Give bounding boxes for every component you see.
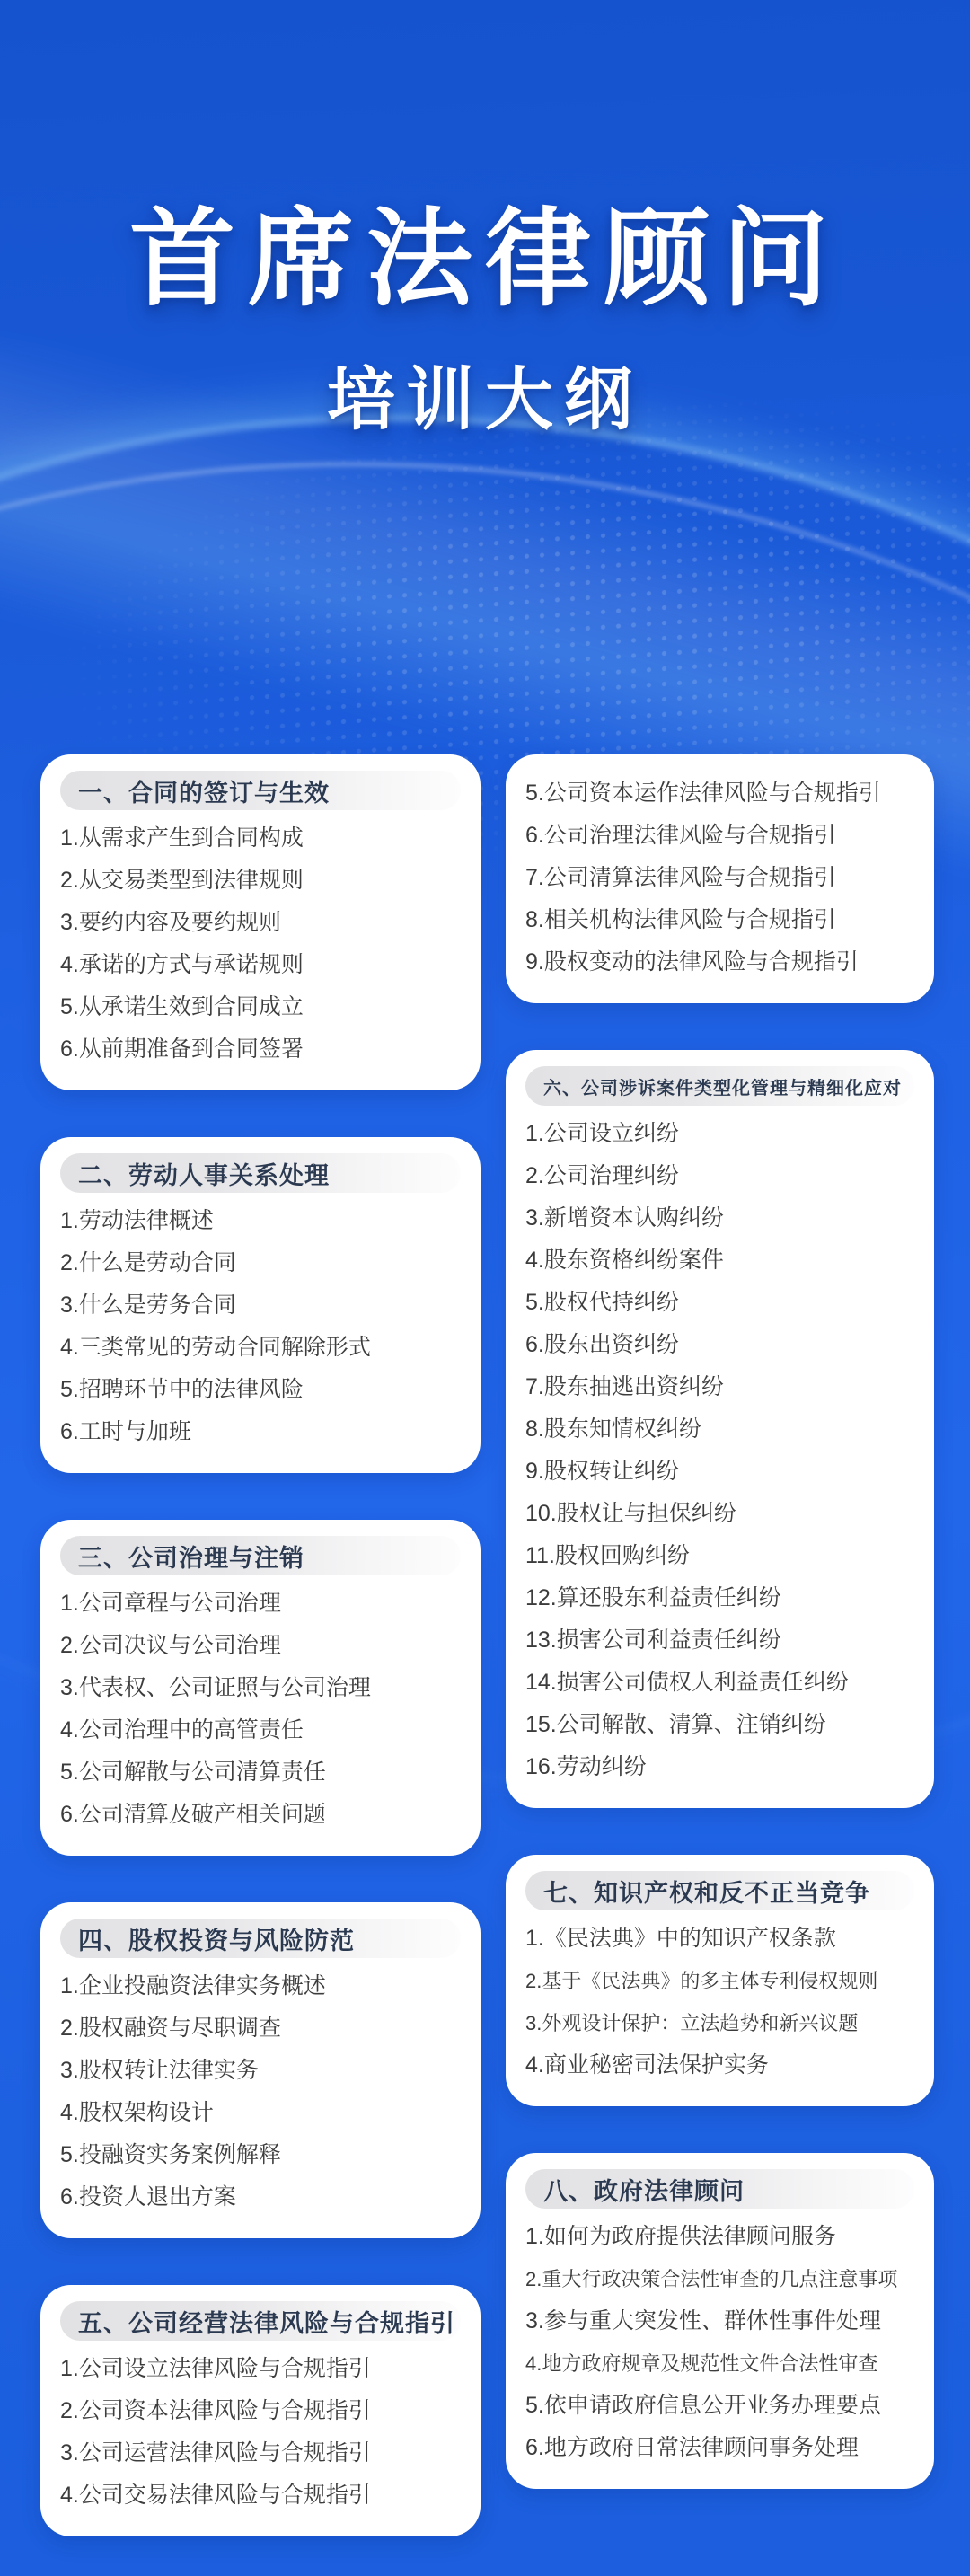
- page-subtitle: 培训大纲: [0, 345, 970, 443]
- list-item: 2.从交易类型到法律规则: [60, 860, 461, 902]
- list-item: 3.什么是劳务合同: [60, 1284, 461, 1327]
- section-heading-pill: 八、政府法律顾问: [525, 2169, 914, 2209]
- list-item: 3.代表权、公司证照与公司治理: [60, 1667, 461, 1709]
- card-right-1: 5.公司资本运作法律风险与合规指引6.公司治理法律风险与合规指引7.公司清算法律…: [506, 754, 934, 1003]
- section-heading: 二、劳动人事关系处理: [78, 1156, 330, 1191]
- card-right-3: 七、知识产权和反不正当竞争 1.《民法典》中的知识产权条款2.基于《民法典》的多…: [506, 1855, 934, 2106]
- list-item: 2.股权融资与尽职调查: [60, 2007, 461, 2050]
- section-item-list: 5.公司资本运作法律风险与合规指引6.公司治理法律风险与合规指引7.公司清算法律…: [525, 772, 914, 984]
- column-right: 5.公司资本运作法律风险与合规指引6.公司治理法律风险与合规指引7.公司清算法律…: [506, 754, 934, 2489]
- list-item: 3.公司运营法律风险与合规指引: [60, 2432, 461, 2475]
- section-heading: 四、股权投资与风险防范: [78, 1921, 355, 1956]
- list-item: 5.投融资实务案例解释: [60, 2134, 461, 2176]
- list-item: 11.股权回购纠纷: [525, 1535, 914, 1577]
- list-item: 2.基于《民法典》的多主体专利侵权规则: [525, 1960, 914, 2002]
- list-item: 6.地方政府日常法律顾问事务处理: [525, 2427, 914, 2469]
- list-item: 12.算还股东利益责任纠纷: [525, 1577, 914, 1619]
- list-item: 1.劳动法律概述: [60, 1200, 461, 1242]
- list-item: 3.新增资本认购纠纷: [525, 1197, 914, 1239]
- page-title: 首席法律顾问: [0, 199, 970, 322]
- list-item: 7.公司清算法律风险与合规指引: [525, 857, 914, 899]
- list-item: 5.依申请政府信息公开业务办理要点: [525, 2385, 914, 2427]
- list-item: 1.如何为政府提供法律顾问服务: [525, 2216, 914, 2258]
- list-item: 3.要约内容及要约规则: [60, 902, 461, 944]
- list-item: 7.股东抽逃出资纠纷: [525, 1366, 914, 1408]
- list-item: 1.从需求产生到合同构成: [60, 817, 461, 860]
- list-item: 6.从前期准备到合同签署: [60, 1028, 461, 1071]
- section-heading-pill: 五、公司经营法律风险与合规指引: [60, 2301, 461, 2341]
- list-item: 2.公司资本法律风险与合规指引: [60, 2390, 461, 2432]
- list-item: 4.三类常见的劳动合同解除形式: [60, 1327, 461, 1369]
- list-item: 2.公司治理纠纷: [525, 1155, 914, 1197]
- card-left-2: 二、劳动人事关系处理 1.劳动法律概述2.什么是劳动合同3.什么是劳务合同4.三…: [40, 1137, 481, 1473]
- list-item: 4.公司治理中的高管责任: [60, 1709, 461, 1751]
- section-heading: 七、知识产权和反不正当竞争: [543, 1874, 870, 1909]
- section-heading-pill: 四、股权投资与风险防范: [60, 1919, 461, 1958]
- list-item: 4.股东资格纠纷案件: [525, 1239, 914, 1282]
- section-heading: 三、公司治理与注销: [78, 1539, 304, 1574]
- card-left-5: 五、公司经营法律风险与合规指引 1.公司设立法律风险与合规指引2.公司资本法律风…: [40, 2285, 481, 2536]
- section-heading-pill: 一、合同的签订与生效: [60, 771, 461, 810]
- section-heading: 六、公司涉诉案件类型化管理与精细化应对: [543, 1073, 902, 1099]
- list-item: 8.股东知情权纠纷: [525, 1408, 914, 1451]
- list-item: 5.股权代持纠纷: [525, 1282, 914, 1324]
- list-item: 6.工时与加班: [60, 1411, 461, 1453]
- section-item-list: 1.公司章程与公司治理2.公司决议与公司治理3.代表权、公司证照与公司治理4.公…: [60, 1583, 461, 1836]
- list-item: 9.股权转让纠纷: [525, 1451, 914, 1493]
- list-item: 2.什么是劳动合同: [60, 1242, 461, 1284]
- section-item-list: 1.公司设立法律风险与合规指引2.公司资本法律风险与合规指引3.公司运营法律风险…: [60, 2348, 461, 2517]
- card-columns: 一、合同的签订与生效 1.从需求产生到合同构成2.从交易类型到法律规则3.要约内…: [40, 754, 934, 2536]
- list-item: 2.公司决议与公司治理: [60, 1625, 461, 1667]
- list-item: 6.公司治理法律风险与合规指引: [525, 815, 914, 857]
- list-item: 4.地方政府规章及规范性文件合法性审查: [525, 2342, 914, 2385]
- list-item: 2.重大行政决策合法性审查的几点注意事项: [525, 2258, 914, 2300]
- section-heading: 八、政府法律顾问: [543, 2172, 745, 2207]
- section-item-list: 1.企业投融资法律实务概述2.股权融资与尽职调查3.股权转让法律实务4.股权架构…: [60, 1965, 461, 2219]
- list-item: 1.公司章程与公司治理: [60, 1583, 461, 1625]
- section-heading-pill: 三、公司治理与注销: [60, 1536, 461, 1575]
- card-right-2: 六、公司涉诉案件类型化管理与精细化应对 1.公司设立纠纷2.公司治理纠纷3.新增…: [506, 1050, 934, 1808]
- card-right-4: 八、政府法律顾问 1.如何为政府提供法律顾问服务2.重大行政决策合法性审查的几点…: [506, 2153, 934, 2489]
- list-item: 3.参与重大突发性、群体性事件处理: [525, 2300, 914, 2342]
- list-item: 9.股权变动的法律风险与合规指引: [525, 941, 914, 984]
- list-item: 13.损害公司利益责任纠纷: [525, 1619, 914, 1662]
- list-item: 5.公司资本运作法律风险与合规指引: [525, 772, 914, 815]
- list-item: 1.公司设立法律风险与合规指引: [60, 2348, 461, 2390]
- list-item: 4.股权架构设计: [60, 2092, 461, 2134]
- section-heading: 一、合同的签订与生效: [78, 773, 330, 808]
- section-item-list: 1.公司设立纠纷2.公司治理纠纷3.新增资本认购纠纷4.股东资格纠纷案件5.股权…: [525, 1113, 914, 1788]
- list-item: 6.投资人退出方案: [60, 2176, 461, 2219]
- section-heading-pill: 六、公司涉诉案件类型化管理与精细化应对: [525, 1066, 914, 1106]
- list-item: 3.股权转让法律实务: [60, 2050, 461, 2092]
- list-item: 5.公司解散与公司清算责任: [60, 1751, 461, 1794]
- list-item: 5.招聘环节中的法律风险: [60, 1369, 461, 1411]
- list-item: 14.损害公司债权人利益责任纠纷: [525, 1662, 914, 1704]
- section-item-list: 1.《民法典》中的知识产权条款2.基于《民法典》的多主体专利侵权规则3.外观设计…: [525, 1918, 914, 2086]
- section-item-list: 1.如何为政府提供法律顾问服务2.重大行政决策合法性审查的几点注意事项3.参与重…: [525, 2216, 914, 2469]
- section-heading: 五、公司经营法律风险与合规指引: [78, 2304, 455, 2339]
- section-heading-pill: 七、知识产权和反不正当竞争: [525, 1871, 914, 1910]
- section-item-list: 1.从需求产生到合同构成2.从交易类型到法律规则3.要约内容及要约规则4.承诺的…: [60, 817, 461, 1071]
- column-left: 一、合同的签订与生效 1.从需求产生到合同构成2.从交易类型到法律规则3.要约内…: [40, 754, 481, 2536]
- list-item: 3.外观设计保护：立法趋势和新兴议题: [525, 2002, 914, 2044]
- list-item: 15.公司解散、清算、注销纠纷: [525, 1704, 914, 1746]
- list-item: 6.公司清算及破产相关问题: [60, 1794, 461, 1836]
- list-item: 1.企业投融资法律实务概述: [60, 1965, 461, 2007]
- list-item: 4.公司交易法律风险与合规指引: [60, 2475, 461, 2517]
- list-item: 8.相关机构法律风险与合规指引: [525, 899, 914, 941]
- list-item: 4.承诺的方式与承诺规则: [60, 944, 461, 986]
- title-block: 首席法律顾问 培训大纲: [0, 199, 970, 443]
- card-left-1: 一、合同的签订与生效 1.从需求产生到合同构成2.从交易类型到法律规则3.要约内…: [40, 754, 481, 1090]
- list-item: 1.公司设立纠纷: [525, 1113, 914, 1155]
- section-heading-pill: 二、劳动人事关系处理: [60, 1153, 461, 1193]
- list-item: 6.股东出资纠纷: [525, 1324, 914, 1366]
- list-item: 5.从承诺生效到合同成立: [60, 986, 461, 1028]
- list-item: 4.商业秘密司法保护实务: [525, 2044, 914, 2086]
- poster: 首席法律顾问 培训大纲 一、合同的签订与生效 1.从需求产生到合同构成2.从交易…: [0, 0, 970, 2576]
- list-item: 1.《民法典》中的知识产权条款: [525, 1918, 914, 1960]
- list-item: 16.劳动纠纷: [525, 1746, 914, 1788]
- section-item-list: 1.劳动法律概述2.什么是劳动合同3.什么是劳务合同4.三类常见的劳动合同解除形…: [60, 1200, 461, 1453]
- list-item: 10.股权让与担保纠纷: [525, 1493, 914, 1535]
- card-left-3: 三、公司治理与注销 1.公司章程与公司治理2.公司决议与公司治理3.代表权、公司…: [40, 1520, 481, 1856]
- card-left-4: 四、股权投资与风险防范 1.企业投融资法律实务概述2.股权融资与尽职调查3.股权…: [40, 1902, 481, 2238]
